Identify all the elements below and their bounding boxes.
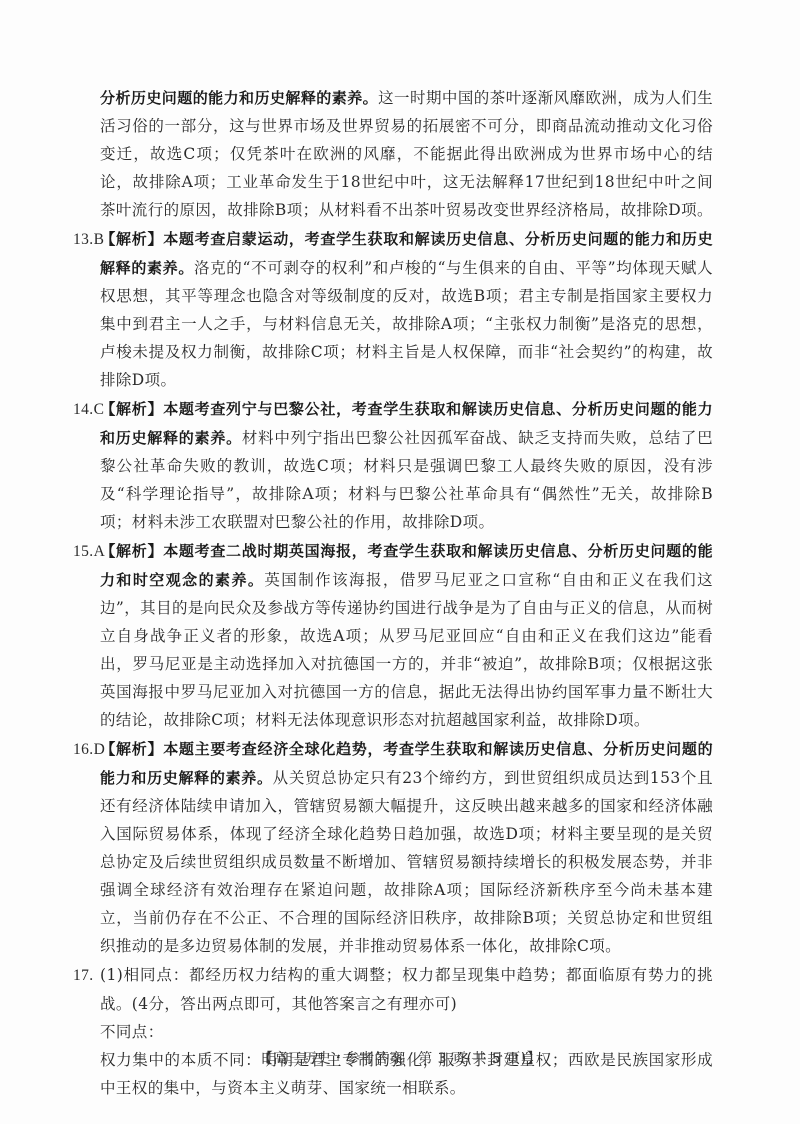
item-number: 15.A: [73, 538, 100, 566]
item-analysis-text: 英国制作该海报，借罗马尼亚之口宣称“自由和正义在我们这边”，其目的是向民众及参战…: [100, 571, 713, 729]
item-number: 14.C: [73, 396, 100, 424]
page-footer: 【高三历史・参考答案 第 3 页(共 5 页)】: [0, 1048, 800, 1068]
continuation-text: 这一时期中国的茶叶逐渐风靡欧洲，成为人们生活习俗的一部分，这与世界市场及世界贸易…: [100, 89, 713, 219]
answer-item-16: 16.D【解析】本题主要考查经济全球化趋势，考查学生获取和解读历史信息、分析历史…: [73, 735, 713, 960]
answer-item-15: 15.A【解析】本题考查二战时期英国海报，考查学生获取和解读历史信息、分析历史问…: [73, 537, 713, 734]
answer-item-17: 17.(1)相同点：都经历权力结构的重大调整；权力都呈现集中趋势；都面临原有势力…: [73, 961, 713, 1018]
item-number: 16.D: [73, 736, 100, 764]
footer-text: 【高三历史・参考答案 第 3 页(共 5 页)】: [259, 1048, 542, 1068]
answer-item-13: 13.B【解析】本题考查启蒙运动，考查学生获取和解读历史信息、分析历史问题的能力…: [73, 225, 713, 394]
item-analysis-text: 洛克的“不可剥夺的权利”和卢梭的“与生俱来的自由、平等”均体现天赋人权思想，其平…: [100, 259, 713, 389]
item17-diff-label: 不同点：: [73, 1018, 713, 1046]
item-number: 13.B: [73, 226, 100, 254]
answer-sheet-page: 分析历史问题的能力和历史解释的素养。这一时期中国的茶叶逐渐风靡欧洲，成为人们生活…: [0, 0, 800, 1124]
item-number: 17.: [73, 962, 100, 990]
continuation-bold: 分析历史问题的能力和历史解释的素养。: [100, 89, 378, 107]
page-content: 分析历史问题的能力和历史解释的素养。这一时期中国的茶叶逐渐风靡欧洲，成为人们生活…: [73, 84, 713, 1102]
item17-part1: (1)相同点：都经历权力结构的重大调整；权力都呈现集中趋势；都面临原有势力的挑战…: [100, 966, 713, 1013]
item-analysis-text: 从关贸总协定只有23个缔约方，到世贸组织成员达到153个且还有经济体陆续申请加入…: [100, 769, 713, 955]
answer-item-14: 14.C【解析】本题考查列宁与巴黎公社，考查学生获取和解读历史信息、分析历史问题…: [73, 395, 713, 536]
continuation-paragraph: 分析历史问题的能力和历史解释的素养。这一时期中国的茶叶逐渐风靡欧洲，成为人们生活…: [73, 84, 713, 224]
